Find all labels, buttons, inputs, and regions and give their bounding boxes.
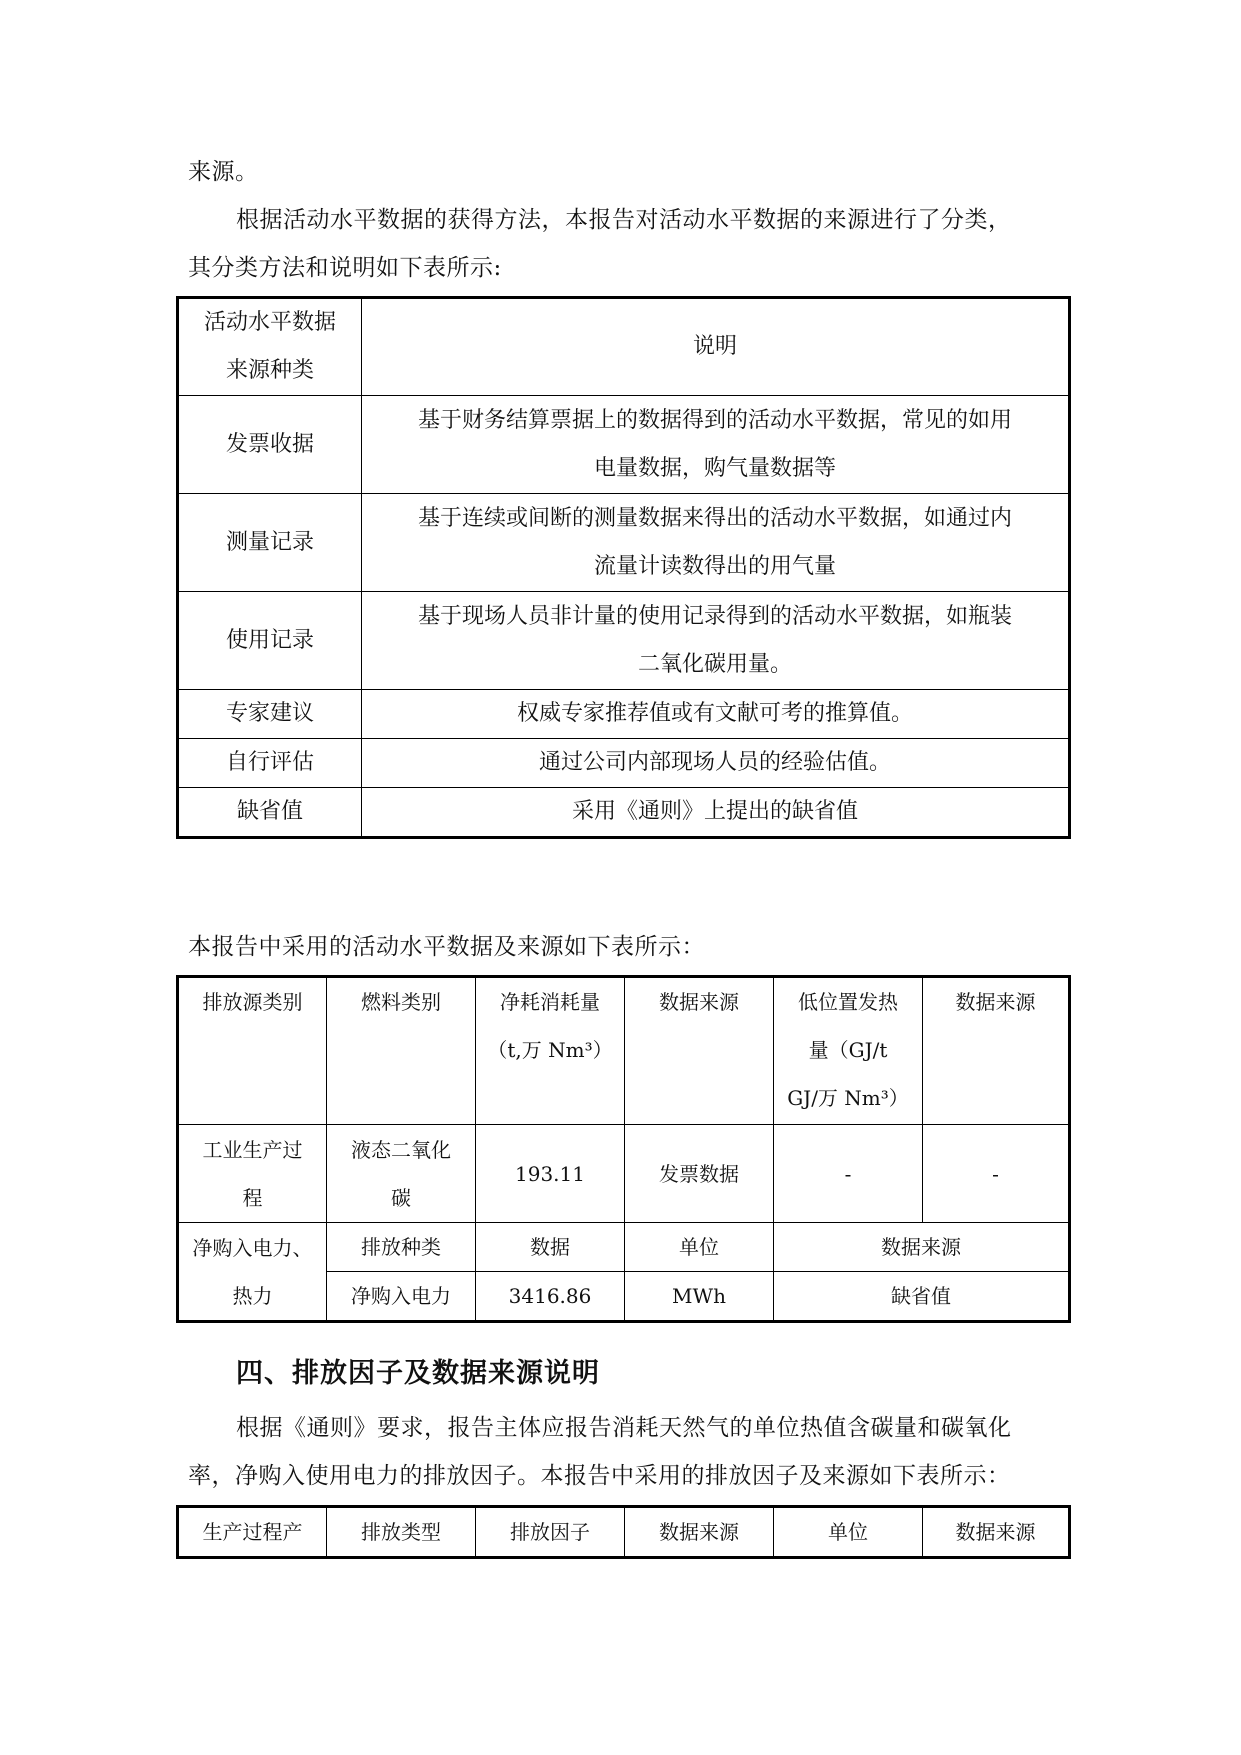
cell-emission-kind: 净购入电力 xyxy=(327,1272,476,1322)
cell-source-label: 数据来源 xyxy=(774,1223,1070,1272)
header-fuel-type: 燃料类别 xyxy=(327,977,476,1125)
cell-data-source-2: - xyxy=(923,1125,1070,1223)
row-description: 基于连续或间断的测量数据来得出的活动水平数据，如通过内 流量计读数得出的用气量 xyxy=(362,494,1070,592)
row-type: 使用记录 xyxy=(178,592,362,690)
section-paragraph-line2: 率，净购入使用电力的排放因子。本报告中采用的排放因子及来源如下表所示： xyxy=(188,1462,1011,1490)
cell-low-heat-value: - xyxy=(774,1125,923,1223)
paragraph-intro-line1: 根据活动水平数据的获得方法，本报告对活动水平数据的来源进行了分类， xyxy=(236,206,1012,234)
row-type: 自行评估 xyxy=(178,739,362,788)
header-source-type: 活动水平数据 来源种类 xyxy=(178,298,362,396)
table-header-row: 生产过程产 排放类型 排放因子 数据来源 单位 数据来源 xyxy=(178,1507,1070,1558)
activity-data-table: 排放源类别 燃料类别 净耗消耗量 （t,万 Nm³） 数据来源 低位置发热 量（… xyxy=(176,975,1071,1323)
paragraph-intro-line2: 其分类方法和说明如下表所示: xyxy=(188,254,502,282)
cell-unit-label: 单位 xyxy=(625,1223,774,1272)
cell-power-category: 净购入电力、 热力 xyxy=(178,1223,327,1322)
cell-power-source: 缺省值 xyxy=(774,1272,1070,1322)
row-description: 基于财务结算票据上的数据得到的活动水平数据，常见的如用 电量数据，购气量数据等 xyxy=(362,396,1070,494)
cell-data-label: 数据 xyxy=(476,1223,625,1272)
paragraph-table2-intro: 本报告中采用的活动水平数据及来源如下表所示： xyxy=(188,933,705,961)
section-heading: 四、排放因子及数据来源说明 xyxy=(236,1358,600,1390)
table-row: 自行评估 通过公司内部现场人员的经验估值。 xyxy=(178,739,1070,788)
activity-data-source-table: 活动水平数据 来源种类 说明 发票收据 基于财务结算票据上的数据得到的活动水平数… xyxy=(176,296,1071,839)
header-data-source: 数据来源 xyxy=(625,977,774,1125)
header-net-consumption: 净耗消耗量 （t,万 Nm³） xyxy=(476,977,625,1125)
row-description: 权威专家推荐值或有文献可考的推算值。 xyxy=(362,690,1070,739)
table-row-power-header: 净购入电力、 热力 排放种类 数据 单位 数据来源 xyxy=(178,1223,1070,1272)
header-emission-source: 排放源类别 xyxy=(178,977,327,1125)
table-header-row: 活动水平数据 来源种类 说明 xyxy=(178,298,1070,396)
table-row-process: 工业生产过 程 液态二氧化 碳 193.11 发票数据 - - xyxy=(178,1125,1070,1223)
section-paragraph-line1: 根据《通则》要求，报告主体应报告消耗天然气的单位热值含碳量和碳氧化 xyxy=(236,1414,1012,1442)
document-page: 来源。 根据活动水平数据的获得方法，本报告对活动水平数据的来源进行了分类， 其分… xyxy=(0,0,1241,1755)
table-header-row: 排放源类别 燃料类别 净耗消耗量 （t,万 Nm³） 数据来源 低位置发热 量（… xyxy=(178,977,1070,1125)
row-type: 测量记录 xyxy=(178,494,362,592)
cell-emission-source: 工业生产过 程 xyxy=(178,1125,327,1223)
header-data-source: 数据来源 xyxy=(625,1507,774,1558)
emission-factor-table: 生产过程产 排放类型 排放因子 数据来源 单位 数据来源 xyxy=(176,1505,1071,1559)
row-description: 采用《通则》上提出的缺省值 xyxy=(362,788,1070,838)
cell-emission-kind-label: 排放种类 xyxy=(327,1223,476,1272)
cell-net-consumption: 193.11 xyxy=(476,1125,625,1223)
table-row: 使用记录 基于现场人员非计量的使用记录得到的活动水平数据，如瓶装 二氧化碳用量。 xyxy=(178,592,1070,690)
row-description: 通过公司内部现场人员的经验估值。 xyxy=(362,739,1070,788)
paragraph-tail: 来源。 xyxy=(188,158,259,186)
header-process: 生产过程产 xyxy=(178,1507,327,1558)
row-type: 专家建议 xyxy=(178,690,362,739)
header-emission-type: 排放类型 xyxy=(327,1507,476,1558)
table-row: 测量记录 基于连续或间断的测量数据来得出的活动水平数据，如通过内 流量计读数得出… xyxy=(178,494,1070,592)
header-emission-factor: 排放因子 xyxy=(476,1507,625,1558)
header-description: 说明 xyxy=(362,298,1070,396)
header-data-source-2: 数据来源 xyxy=(923,1507,1070,1558)
table-row: 发票收据 基于财务结算票据上的数据得到的活动水平数据，常见的如用 电量数据，购气… xyxy=(178,396,1070,494)
header-low-heat-value: 低位置发热 量（GJ/t GJ/万 Nm³） xyxy=(774,977,923,1125)
row-description: 基于现场人员非计量的使用记录得到的活动水平数据，如瓶装 二氧化碳用量。 xyxy=(362,592,1070,690)
table-row: 缺省值 采用《通则》上提出的缺省值 xyxy=(178,788,1070,838)
row-type: 发票收据 xyxy=(178,396,362,494)
table-row: 专家建议 权威专家推荐值或有文献可考的推算值。 xyxy=(178,690,1070,739)
cell-fuel-type: 液态二氧化 碳 xyxy=(327,1125,476,1223)
cell-data-source: 发票数据 xyxy=(625,1125,774,1223)
header-unit: 单位 xyxy=(774,1507,923,1558)
header-data-source-2: 数据来源 xyxy=(923,977,1070,1125)
row-type: 缺省值 xyxy=(178,788,362,838)
cell-power-value: 3416.86 xyxy=(476,1272,625,1322)
cell-power-unit: MWh xyxy=(625,1272,774,1322)
